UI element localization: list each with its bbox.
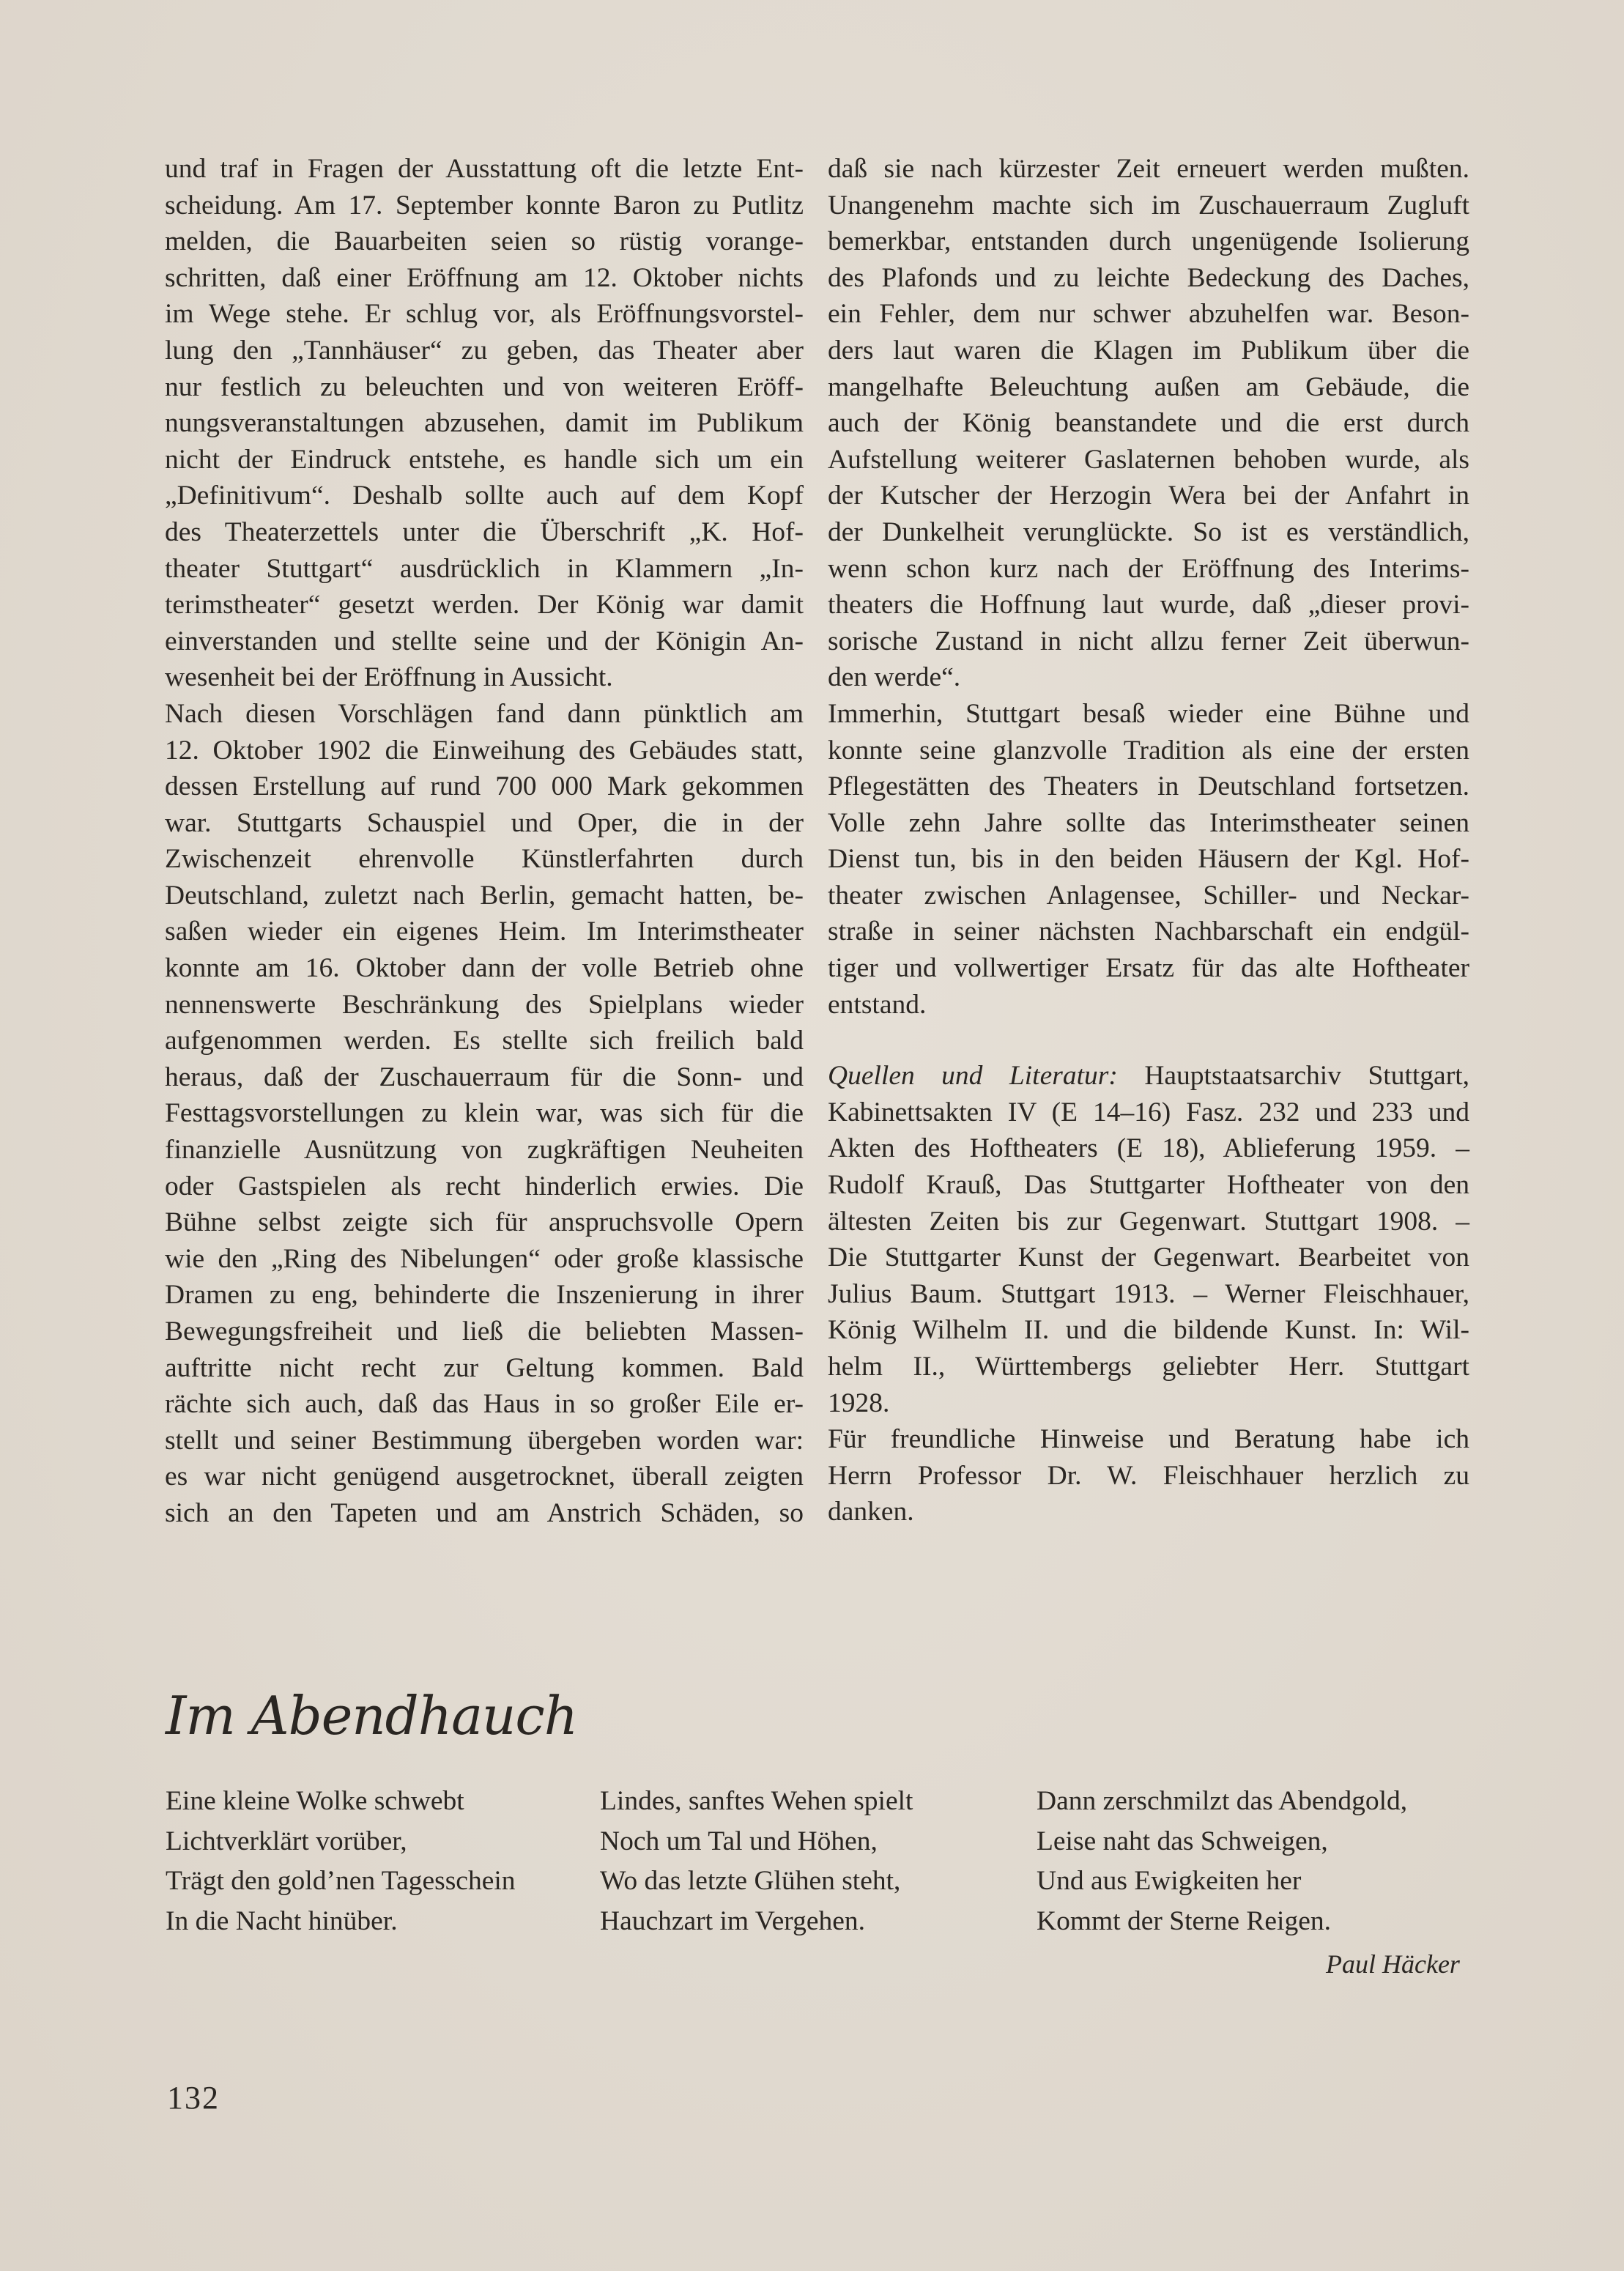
text-line: ältesten Zeiten bis zur Gegenwart. Stutt… bbox=[828, 1204, 1469, 1240]
poem-line: Leise naht das Schweigen, bbox=[1037, 1822, 1407, 1862]
poem-line: Eine kleine Wolke schwebt bbox=[166, 1782, 516, 1822]
text-line: der Dunkelheit verunglückte. So ist es v… bbox=[828, 514, 1469, 551]
article-right-column: daß sie nach kürzester Zeit erneuert wer… bbox=[828, 151, 1469, 1530]
text-line: helm II., Württembergs geliebter Herr. S… bbox=[828, 1349, 1469, 1385]
text-line: aufgenommen werden. Es stellte sich frei… bbox=[165, 1023, 804, 1059]
text-line: war. Stuttgarts Schauspiel und Oper, die… bbox=[165, 805, 804, 842]
sources-label: Quellen und Literatur: bbox=[828, 1061, 1118, 1091]
text-line: einverstanden und stellte seine und der … bbox=[165, 623, 804, 660]
poem-line: Lichtverklärt vorüber, bbox=[166, 1822, 516, 1862]
text-line: nungsveranstaltungen abzusehen, damit im… bbox=[165, 405, 804, 442]
text-line: danken. bbox=[828, 1494, 1469, 1530]
text-line: schritten, daß einer Eröffnung am 12. Ok… bbox=[165, 260, 804, 297]
poem-line: Wo das letzte Glühen steht, bbox=[600, 1861, 913, 1902]
text-line: terimstheater“ gesetzt werden. Der König… bbox=[165, 587, 804, 623]
text-line: sich an den Tapeten und am Anstrich Schä… bbox=[165, 1495, 804, 1532]
poem-line: Dann zerschmilzt das Abendgold, bbox=[1037, 1782, 1407, 1822]
text-line: Kabinettsakten IV (E 14–16) Fasz. 232 un… bbox=[828, 1094, 1469, 1131]
poem-stanza-1: Eine kleine Wolke schwebt Lichtverklärt … bbox=[166, 1782, 516, 1941]
text-line: bemerkbar, entstanden durch ungenügende … bbox=[828, 223, 1469, 260]
text-line: wesenheit bei der Eröffnung in Aussicht. bbox=[165, 659, 804, 696]
text-line: Unangenehm machte sich im Zuschauerraum … bbox=[828, 188, 1469, 224]
text-line: Herrn Professor Dr. W. Fleischhauer herz… bbox=[828, 1458, 1469, 1494]
poem-line: Trägt den gold’nen Tagesschein bbox=[166, 1861, 516, 1902]
text-line: daß sie nach kürzester Zeit erneuert wer… bbox=[828, 151, 1469, 188]
text-line: auftritte nicht recht zur Geltung kommen… bbox=[165, 1350, 804, 1387]
text-line: der Kutscher der Herzogin Wera bei der A… bbox=[828, 478, 1469, 514]
text-line: den werde“. bbox=[828, 659, 1469, 696]
text-line: theater Stuttgart“ ausdrücklich in Klamm… bbox=[165, 551, 804, 588]
text-line: finanzielle Ausnützung von zugkräftigen … bbox=[165, 1132, 804, 1168]
text-line: Akten des Hoftheaters (E 18), Ablieferun… bbox=[828, 1130, 1469, 1167]
text-line: entstand. bbox=[828, 987, 1469, 1023]
text-line: Aufstellung weiterer Gaslaternen behoben… bbox=[828, 442, 1469, 478]
text-line: straße in seiner nächsten Nachbarschaft … bbox=[828, 914, 1469, 950]
text-line: oder Gastspielen als recht hinderlich er… bbox=[165, 1168, 804, 1205]
text-line: heraus, daß der Zuschauerraum für die So… bbox=[165, 1059, 804, 1096]
text-line: des Plafonds und zu leichte Bedeckung de… bbox=[828, 260, 1469, 297]
poem-line: Und aus Ewigkeiten her bbox=[1037, 1861, 1407, 1902]
poem-stanza-2: Lindes, sanftes Wehen spielt Noch um Tal… bbox=[600, 1782, 913, 1941]
text-line: 1928. bbox=[828, 1385, 1469, 1422]
text-line: saßen wieder ein eigenes Heim. Im Interi… bbox=[165, 914, 804, 950]
text-line: theater zwischen Anlagensee, Schiller- u… bbox=[828, 878, 1469, 914]
paragraph-gap bbox=[828, 1023, 1469, 1058]
text-line: ders laut waren die Klagen im Publikum ü… bbox=[828, 333, 1469, 369]
text-line: und traf in Fragen der Ausstattung oft d… bbox=[165, 151, 804, 188]
text-line: „Definitivum“. Deshalb sollte auch auf d… bbox=[165, 478, 804, 514]
poem-title: Im Abendhauch bbox=[166, 1685, 577, 1746]
sources-block: Quellen und Literatur: Hauptstaatsarchiv… bbox=[828, 1058, 1469, 1421]
text-line: Bühne selbst zeigte sich für anspruchsvo… bbox=[165, 1204, 804, 1241]
text-line: tiger und vollwertiger Ersatz für das al… bbox=[828, 950, 1469, 987]
text-line: konnte am 16. Oktober dann der volle Bet… bbox=[165, 950, 804, 987]
text-line: auch der König beanstandete und die erst… bbox=[828, 405, 1469, 442]
poem-author: Paul Häcker bbox=[1326, 1949, 1460, 1979]
text-line: nennenswerte Beschränkung des Spielplans… bbox=[165, 987, 804, 1023]
text-line: lung den „Tannhäuser“ zu geben, das Thea… bbox=[165, 333, 804, 369]
text-line: mangelhafte Beleuchtung außen am Gebäude… bbox=[828, 369, 1469, 406]
text-line: ein Fehler, dem nur schwer abzuhelfen wa… bbox=[828, 296, 1469, 333]
poem-line: Hauchzart im Vergehen. bbox=[600, 1902, 913, 1942]
text-line: scheidung. Am 17. September konnte Baron… bbox=[165, 188, 804, 224]
text-line: 12. Oktober 1902 die Einweihung des Gebä… bbox=[165, 733, 804, 769]
text-line: konnte seine glanzvolle Tradition als ei… bbox=[828, 733, 1469, 769]
poem-line: Lindes, sanftes Wehen spielt bbox=[600, 1782, 913, 1822]
text-line: Volle zehn Jahre sollte das Interimsthea… bbox=[828, 805, 1469, 842]
text-line: Die Stuttgarter Kunst der Gegenwart. Bea… bbox=[828, 1240, 1469, 1276]
text-line: Für freundliche Hinweise und Beratung ha… bbox=[828, 1421, 1469, 1458]
text-line: Festtagsvorstellungen zu klein war, was … bbox=[165, 1095, 804, 1132]
text-line: Nach diesen Vorschlägen fand dann pünktl… bbox=[165, 696, 804, 733]
text-line: Immerhin, Stuttgart besaß wieder eine Bü… bbox=[828, 696, 1469, 733]
text-line: im Wege stehe. Er schlug vor, als Eröffn… bbox=[165, 296, 804, 333]
scanned-page: und traf in Fragen der Ausstattung oft d… bbox=[0, 0, 1624, 2271]
text-line: des Theaterzettels unter die Überschrift… bbox=[165, 514, 804, 551]
text-line: Dienst tun, bis in den beiden Häusern de… bbox=[828, 841, 1469, 878]
poem-line: Noch um Tal und Höhen, bbox=[600, 1822, 913, 1862]
text-line: Zwischenzeit ehrenvolle Künstlerfahrten … bbox=[165, 841, 804, 878]
text-line: wie den „Ring des Nibelungen“ oder große… bbox=[165, 1241, 804, 1278]
text-line: sorische Zustand in nicht allzu ferner Z… bbox=[828, 623, 1469, 660]
text-line: theaters die Hoffnung laut wurde, daß „d… bbox=[828, 587, 1469, 623]
text-line: wenn schon kurz nach der Eröffnung des I… bbox=[828, 551, 1469, 588]
text-line: Rudolf Krauß, Das Stuttgarter Hoftheater… bbox=[828, 1167, 1469, 1204]
text-line: nicht der Eindruck entstehe, es handle s… bbox=[165, 442, 804, 478]
text-line: Deutschland, zuletzt nach Berlin, gemach… bbox=[165, 878, 804, 914]
text-line: dessen Erstellung auf rund 700 000 Mark … bbox=[165, 768, 804, 805]
text-line: es war nicht genügend ausgetrocknet, übe… bbox=[165, 1459, 804, 1495]
page-number: 132 bbox=[167, 2079, 220, 2116]
poem-line: In die Nacht hinüber. bbox=[166, 1902, 516, 1942]
text-line: nur festlich zu beleuchten und von weite… bbox=[165, 369, 804, 406]
text-line: Dramen zu eng, behinderte die Inszenieru… bbox=[165, 1277, 804, 1314]
sources-first-text: Hauptstaatsarchiv Stuttgart, bbox=[1118, 1061, 1469, 1091]
sources-first-line: Quellen und Literatur: Hauptstaatsarchiv… bbox=[828, 1058, 1469, 1094]
text-line: Bewegungsfreiheit und ließ die beliebten… bbox=[165, 1314, 804, 1350]
article-left-column: und traf in Fragen der Ausstattung oft d… bbox=[165, 151, 804, 1532]
acknowledgement-block: Für freundliche Hinweise und Beratung ha… bbox=[828, 1421, 1469, 1530]
poem-line: Kommt der Sterne Reigen. bbox=[1037, 1902, 1407, 1942]
text-line: Julius Baum. Stuttgart 1913. – Werner Fl… bbox=[828, 1276, 1469, 1313]
text-line: König Wilhelm II. und die bildende Kunst… bbox=[828, 1312, 1469, 1349]
text-line: rächte sich auch, daß das Haus in so gro… bbox=[165, 1386, 804, 1423]
text-line: stellt und seiner Bestimmung übergeben w… bbox=[165, 1423, 804, 1459]
text-line: Pflegestätten des Theaters in Deutschlan… bbox=[828, 768, 1469, 805]
poem-stanza-3: Dann zerschmilzt das Abendgold, Leise na… bbox=[1037, 1782, 1407, 1941]
text-line: melden, die Bauarbeiten seien so rüstig … bbox=[165, 223, 804, 260]
